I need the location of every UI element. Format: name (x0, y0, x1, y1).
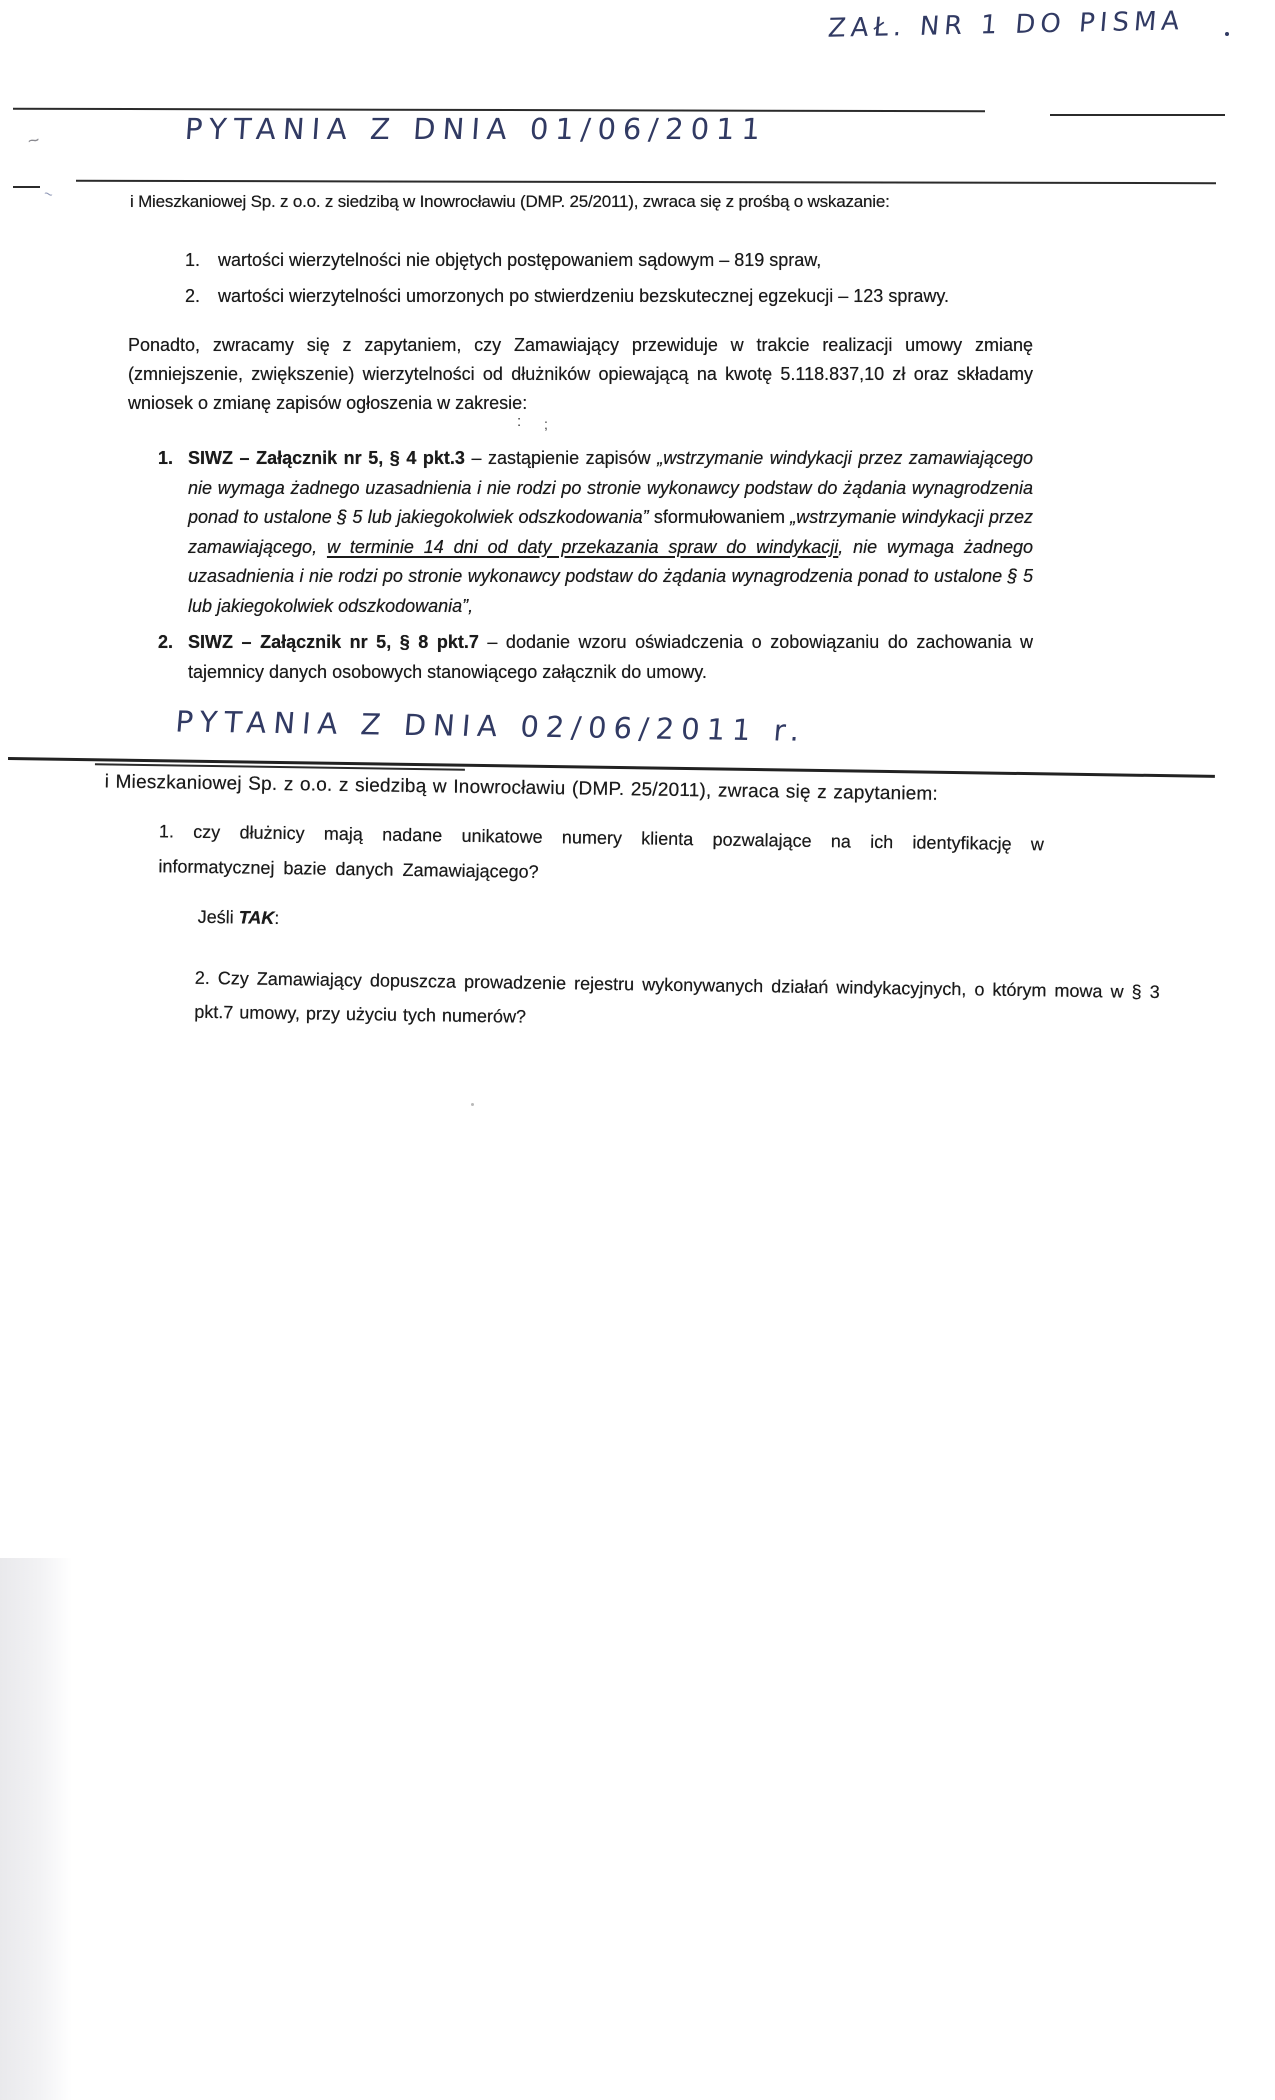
margin-squiggle-artifact: ~ (42, 185, 55, 204)
amendment-text: SIWZ – Załącznik nr 5, § 4 pkt.3 – zastą… (188, 444, 1033, 621)
claim-item: 1. wartości wierzytelności nie objętych … (185, 246, 1085, 275)
scanned-document-page: ZAŁ. NR 1 DO PISMA PYTANIA Z DNIA 01/06/… (0, 0, 1275, 2100)
stray-semicolon-artifact: ; (544, 416, 548, 432)
margin-tilde-artifact: ~ (26, 129, 42, 154)
condition-line: Jeśli TAK: (197, 903, 279, 933)
claim-text: wartości wierzytelności nie objętych pos… (218, 246, 821, 275)
amendment-text: SIWZ – Załącznik nr 5, § 8 pkt.7 – dodan… (188, 628, 1033, 687)
question-item-2: 2. Czy Zamawiający dopuszcza prowadzenie… (194, 961, 1160, 1043)
amendment-item: 2. SIWZ – Załącznik nr 5, § 8 pkt.7 – do… (158, 628, 1033, 687)
amendment-number: 2. (158, 628, 188, 687)
stray-colon-artifact: : (517, 413, 521, 430)
scan-dot-artifact (471, 1103, 474, 1106)
amendment-item: 1. SIWZ – Załącznik nr 5, § 4 pkt.3 – za… (158, 444, 1033, 621)
divider-dash-left (13, 186, 40, 188)
claim-text: wartości wierzytelności umorzonych po st… (218, 282, 949, 311)
handwritten-attachment-note: ZAŁ. NR 1 DO PISMA (827, 6, 1186, 44)
question-item-1: 1. czy dłużnicy mają nadane unikatowe nu… (158, 814, 1044, 897)
amendment-number: 1. (158, 444, 188, 621)
section1-paragraph: Ponadto, zwracamy się z zapytaniem, czy … (128, 331, 1033, 418)
ink-dot-artifact (1225, 32, 1229, 36)
claim-number: 1. (185, 246, 218, 275)
handwritten-questions-date-1: PYTANIA Z DNIA 01/06/2011 (184, 112, 768, 146)
section2-intro: i Mieszkaniowej Sp. z o.o. z siedzibą w … (104, 767, 938, 808)
section2-block: PYTANIA Z DNIA 02/06/2011 r. i Mieszkani… (0, 700, 1275, 1139)
divider-line-section1 (76, 180, 1216, 184)
handwritten-questions-date-2: PYTANIA Z DNIA 02/06/2011 r. (174, 704, 808, 747)
section1-intro: i Mieszkaniowej Sp. z o.o. z siedzibą w … (130, 187, 890, 216)
claim-item: 2. wartości wierzytelności umorzonych po… (185, 282, 1145, 311)
divider-line-top-right (1050, 114, 1225, 116)
claim-number: 2. (185, 282, 218, 311)
page-edge-shadow (0, 1558, 72, 2100)
